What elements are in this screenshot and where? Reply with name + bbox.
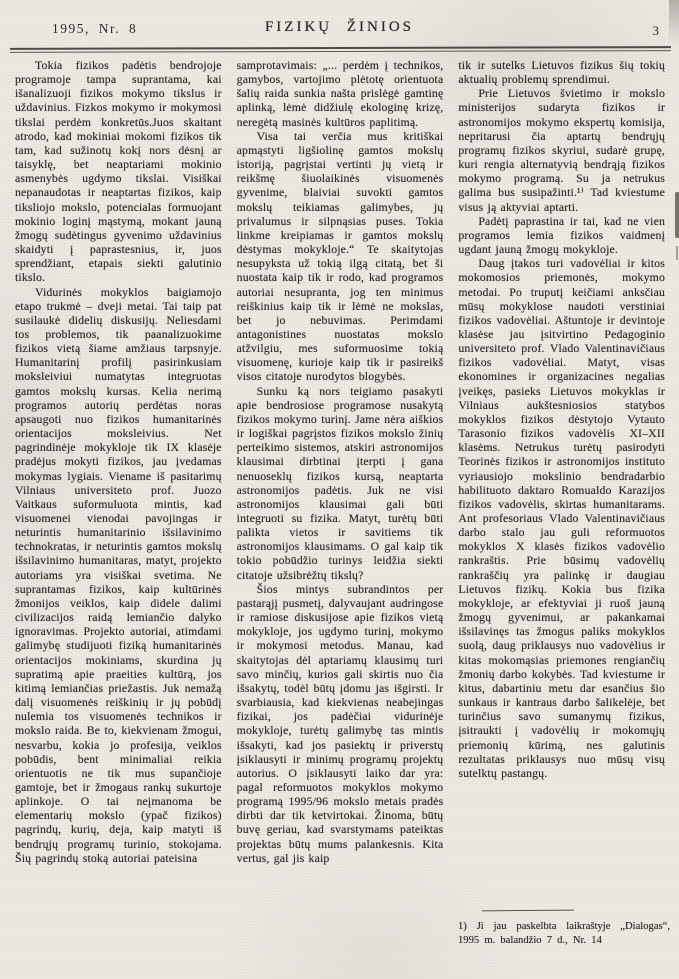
article-column-2: samprotavimais: „... perdėm į technikos,… (237, 58, 444, 966)
paragraph: tik ir sutelks Lietuvos fizikus šių toki… (458, 58, 665, 86)
footnote-rule (482, 910, 574, 912)
page-header: 1995, Nr. 8 FIZIKŲ ŽINIOS 3 (0, 14, 679, 44)
paragraph: Tokia fizikos padėtis bendrojoje program… (15, 58, 222, 285)
article-column-1: Tokia fizikos padėtis bendrojoje program… (15, 58, 222, 966)
journal-page: 1995, Nr. 8 FIZIKŲ ŽINIOS 3 Tokia fiziko… (0, 0, 679, 979)
paragraph: samprotavimais: „... perdėm į technikos,… (237, 58, 444, 129)
paragraph: Prie Lietuvos švietimo ir mokslo ministe… (458, 86, 665, 213)
header-rule (10, 46, 671, 53)
footnote: 1) Ji jau paskelbta laikraštyje „Dialoga… (458, 910, 670, 947)
article-column-3: tik ir sutelks Lietuvos fizikus šių toki… (458, 58, 665, 908)
footnote-text: 1) Ji jau paskelbta laikraštyje „Dialoga… (458, 920, 670, 947)
journal-title: FIZIKŲ ŽINIOS (0, 19, 679, 36)
scan-artifact (676, 246, 678, 260)
paragraph: Visa tai verčia mus kritiškai apmąstyti … (237, 129, 444, 384)
article-body: Tokia fizikos padėtis bendrojoje program… (15, 58, 665, 966)
paragraph: Daug įtakos turi vadovėliai ir kitos mok… (458, 256, 665, 780)
scan-artifact (669, 0, 679, 56)
paragraph: Sunku ką nors teigiamo pasakyti apie ben… (237, 384, 444, 582)
scan-artifact (675, 192, 679, 238)
paragraph: Padėtį paprastina ir tai, kad ne vien pr… (458, 214, 665, 256)
paragraph: Vidurinės mokyklos baigiamojo etapo truk… (15, 285, 222, 865)
page-number: 3 (653, 23, 660, 39)
paragraph: Šios mintys subrandintos per pastarąjį p… (237, 582, 444, 865)
